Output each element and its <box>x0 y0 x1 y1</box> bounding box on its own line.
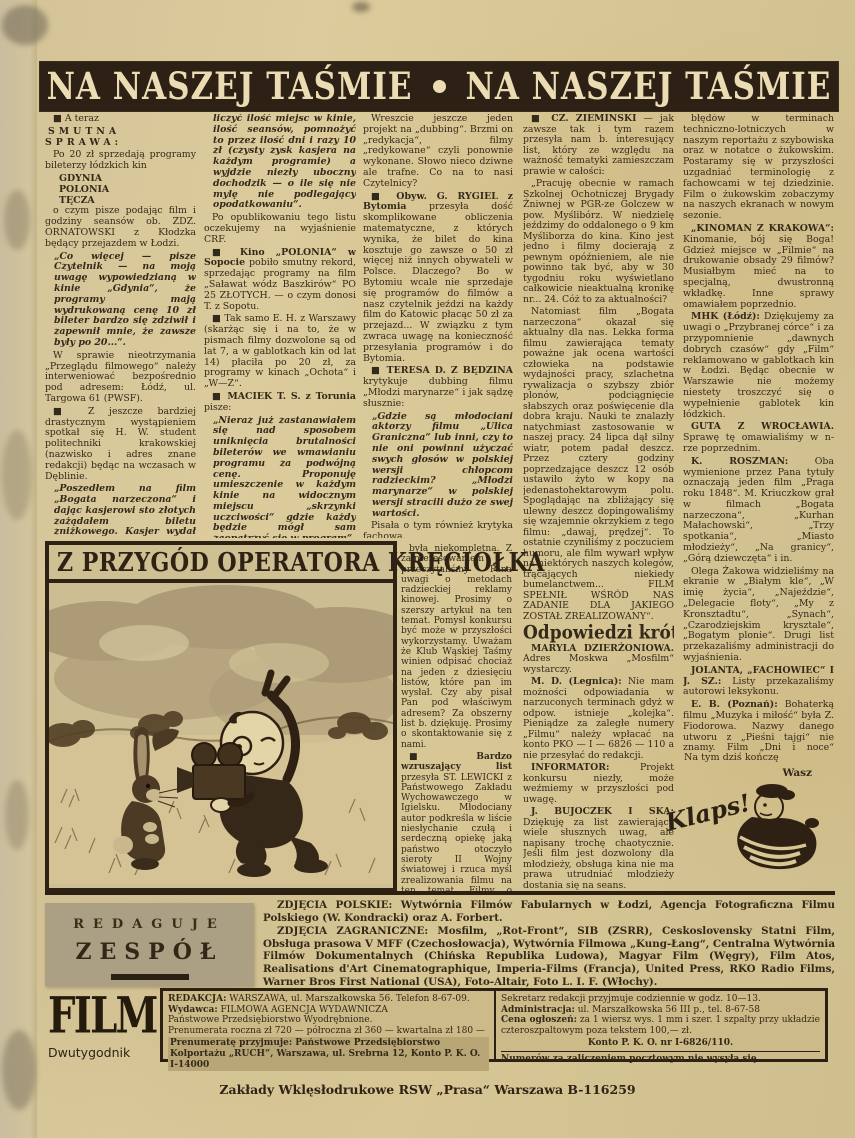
text-column-3-continued: była niekompletna. Z zainteresowaniem pr… <box>401 544 512 891</box>
paragraph: Wreszcie jeszcze jeden projekt na „dubbi… <box>363 114 513 190</box>
cartoon-title: Z PRZYGÓD OPERATORA KRĘCIOŁKA <box>57 547 545 577</box>
redakcja-right-pane: Sekretarz redakcji przyjmuje codziennie … <box>494 991 825 1059</box>
paragraph: „Gdzie są młodociani aktorzy filmu „Ulic… <box>363 412 513 520</box>
scan-blot <box>352 2 370 12</box>
paragraph: Po opublikowaniu tego listu oczekujemy n… <box>204 213 356 245</box>
paragraph: K. ROSZMAN: Oba wymienione przez Pana ty… <box>683 457 834 565</box>
section-heading-odpowiedzi-krotkie: Odpowiedzi krótkie <box>523 627 674 639</box>
no-cod-notice: Numerów za zaliczeniem pocztowym nie wys… <box>501 1051 820 1065</box>
paragraph: JOLANTA, „FACHOWIEC“ I J. SZ.: Listy prz… <box>683 666 834 698</box>
cartoon-illustration <box>49 583 393 884</box>
redaguje-label: REDAGUJE <box>45 903 254 932</box>
paragraph: liczyć ilość miejsc w kinie, ilość seans… <box>204 114 356 211</box>
scan-blot <box>4 190 30 250</box>
paragraph: ■ Kino „POLONIA“ w Sopocie pobiło smutny… <box>204 248 356 313</box>
paragraph: GUTA Z WROCŁAWIA. Sprawę tę omawialiśmy … <box>683 422 834 454</box>
closing-signoff: Wasz <box>660 767 838 779</box>
text-column-1: ■ A terazSMUTNA SPRAWA:Po 20 zł sprzedaj… <box>45 114 196 538</box>
text-column-3: Wreszcie jeszcze jeden projekt na „dubbi… <box>363 114 513 538</box>
paragraph: W sprawie nieotrzymania „Przeglądu filmo… <box>45 351 196 405</box>
signature-text: Klaps! <box>661 788 753 837</box>
signature-caricature: Klaps! <box>660 779 838 879</box>
film-logo-subtitle: Dwutygodnik <box>48 1045 168 1060</box>
redaguje-zespol-box: REDAGUJE ZESPÓŁ <box>45 903 254 986</box>
paragraph: „Nieraz już zastanawiałem się nad sposob… <box>204 416 356 538</box>
redakcja-info-box: REDAKCJA: WARSZAWA, ul. Marszałkowska 56… <box>160 988 828 1062</box>
paragraph: „Co więcej — pisze Czytelnik — na moją u… <box>45 252 196 349</box>
paragraph: ■ MACIEK T. S. z Torunia pisze: <box>204 392 356 414</box>
konto-line: Konto P. K. O. nr I-6826/110. <box>501 1038 820 1049</box>
paragraph: Administracja: ul. Marszałkowska 56 III … <box>501 1005 820 1016</box>
redakcja-left-pane: REDAKCJA: WARSZAWA, ul. Marszałkowska 56… <box>163 991 494 1059</box>
hand <box>211 798 231 812</box>
administration-lines: Sekretarz redakcji przyjmuje codziennie … <box>501 994 820 1036</box>
header-title-right: NA NASZEJ TAŚMIE <box>466 65 832 109</box>
paragraph: M. D. (Legnica): Nie mam możności odpowi… <box>523 677 674 761</box>
photo-credits: ZDJĘCIA POLSKIE: Wytwórnia Filmów Fabula… <box>263 899 835 989</box>
paragraph: Prenumerata roczna zł 720 — półroczna zł… <box>168 1026 489 1037</box>
paragraph: ZDJĘCIA ZAGRANICZNE: Mosfilm, „Rot-Front… <box>263 925 835 988</box>
zespol-underline-bar <box>111 974 189 980</box>
text-column-5: błędów w terminach techniczno-lotniczych… <box>683 114 834 752</box>
film-masthead: FILM Dwutygodnik <box>48 997 168 1060</box>
page-header-banner: NA NASZEJ TAŚMIE NA NASZEJ TAŚMIE <box>40 62 838 111</box>
caricature-figure <box>737 784 819 869</box>
paragraph: „Poszedłem na film „Bogata narzeczona“ i… <box>45 484 196 538</box>
text-column-4: ■ CZ. ZIEMIŃSKI — jak zawsze tak i tym r… <box>523 114 674 892</box>
column-4-upper: ■ CZ. ZIEMIŃSKI — jak zawsze tak i tym r… <box>523 114 674 622</box>
cartoon-title-band: Z PRZYGÓD OPERATORA KRĘCIOŁKA <box>49 545 393 583</box>
scan-blot <box>2 430 32 520</box>
text-column-2: liczyć ilość miejsc w kinie, ilość seans… <box>204 114 356 538</box>
paragraph: POLONIA <box>45 185 196 196</box>
paragraph: ■ TERESA D. Z BĘDZINA krytykuje dubbing … <box>363 366 513 409</box>
paragraph: ■ Obyw. G. RYGIEL z Bytomia przesyła doś… <box>363 192 513 365</box>
paragraph: błędów w terminach techniczno-lotniczych… <box>683 114 834 222</box>
paragraph: E. B. (Poznań): Bohaterką filmu „Muzyka … <box>683 700 834 752</box>
magazine-page: NA NASZEJ TAŚMIE NA NASZEJ TAŚMIE ■ A te… <box>0 0 855 1138</box>
paragraph: MHK (Łódź): Dziękujemy za uwagi o „Przyb… <box>683 312 834 420</box>
scan-blot <box>5 780 29 850</box>
paragraph: ■ CZ. ZIEMIŃSKI — jak zawsze tak i tym r… <box>523 114 674 177</box>
scan-blot <box>2 1030 36 1110</box>
prenumerata-lead: Prenumeratę przyjmuje: <box>170 1038 292 1048</box>
paragraph: INFORMATOR: Projekt konkursu niezły, moż… <box>523 763 674 805</box>
paragraph: ■ A teraz <box>45 114 196 125</box>
zespol-label: ZESPÓŁ <box>45 939 254 965</box>
footer-divider-rule <box>45 891 835 895</box>
paragraph: ■ Bardzo wzruszający list przesyła ST. L… <box>401 752 512 891</box>
paragraph: Cena ogłoszeń: za 1 wiersz wys. 1 mm i s… <box>501 1015 820 1036</box>
closing-line: Na tym dziś kończę <box>660 752 838 763</box>
paragraph: o czym pisze podając film i godziny sean… <box>45 206 196 249</box>
prenumerata-highlight: Prenumeratę przyjmuje: Państwowe Przedsi… <box>168 1037 489 1071</box>
paragraph: ZDJĘCIA POLSKIE: Wytwórnia Filmów Fabula… <box>263 899 835 924</box>
film-logo-text: FILM <box>48 995 154 1040</box>
paragraph: Olega Żakowa widzieliśmy na ekranie w „B… <box>683 567 834 664</box>
paragraph: Sekretarz redakcji przyjmuje codziennie … <box>501 994 820 1005</box>
paragraph: Po 20 zł sprzedają programy bileterzy łó… <box>45 150 196 172</box>
closing-block: Na tym dziś kończę Wasz Klaps! <box>660 752 838 892</box>
paragraph: Natomiast film „Bogata narzeczona“ okaza… <box>523 307 674 622</box>
paragraph: REDAKCJA: WARSZAWA, ul. Marszałkowska 56… <box>168 994 489 1005</box>
column-4-lower: MARYLA DZIERŻONIOWA. Adres Moskwa „Mosfi… <box>523 644 674 893</box>
printer-imprint: Zakłady Wklęsłodrukowe RSW „Prasa“ Warsz… <box>0 1082 855 1097</box>
paragraph: J. BUJOCZEK I SKA: Dziękuję za list zawi… <box>523 807 674 891</box>
paragraph: SMUTNA SPRAWA: <box>45 127 196 149</box>
paragraph: Państwowe Przedsiębiorstwo Wyodrębnione. <box>168 1015 489 1026</box>
scan-blot <box>2 5 48 45</box>
cartoon-panel: Z PRZYGÓD OPERATORA KRĘCIOŁKA <box>45 541 397 892</box>
paragraph: ■ Z jeszcze bardziej drastycznym wystąpi… <box>45 407 196 483</box>
paragraph: ■ Tak samo E. H. z Warszawy (skarżąc się… <box>204 314 356 390</box>
paragraph: MARYLA DZIERŻONIOWA. Adres Moskwa „Mosfi… <box>523 644 674 676</box>
paragraph: „Pracuję obecnie w ramach Szkolnej Ochot… <box>523 179 674 305</box>
separator-dot-icon <box>433 80 446 93</box>
paragraph: „KINOMAN Z KRAKOWA“: Kinomanie, bój się … <box>683 224 834 310</box>
redakcja-address-lines: REDAKCJA: WARSZAWA, ul. Marszałkowska 56… <box>168 994 489 1036</box>
paragraph: Wydawca: FILMOWA AGENCJA WYDAWNICZA <box>168 1005 489 1016</box>
scan-left-edge <box>0 0 37 1138</box>
paragraph: Pisała o tym również krytyka fachowa. <box>363 521 513 538</box>
header-title-left: NA NASZEJ TAŚMIE <box>47 65 413 109</box>
